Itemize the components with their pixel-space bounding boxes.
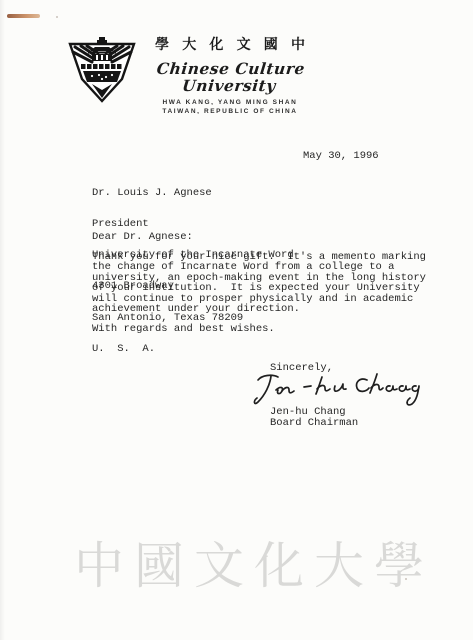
closing-line: With regards and best wishes. [92,324,275,334]
university-emblem-logo [66,37,138,107]
signer-title: Board Chairman [270,418,358,428]
letterhead-address-line2: TAIWAN, REPUBLIC OF CHINA [140,107,320,116]
letterhead-address-line1: HWA KANG, YANG MING SHAN [140,98,320,107]
letter-body: Thank you for your nice gift. It's a mem… [92,252,426,314]
university-name-chinese: 學大化文國中 [155,38,305,53]
scanned-letter-page: 學大化文國中 Chinese Culture University HWA KA… [0,0,473,640]
recipient-name: Dr. Louis J. Agnese [92,188,294,198]
recipient-title: President [92,219,294,229]
letter-date: May 30, 1996 [303,151,379,161]
signer-name: Jen-hu Chang [270,407,346,417]
scan-speck [405,578,407,580]
salutation: Dear Dr. Agnese: [92,232,193,242]
university-name-english: Chinese Culture University [138,60,322,94]
recipient-country: U. S. A. [92,344,294,354]
letterhead: 學大化文國中 Chinese Culture University HWA KA… [140,38,320,116]
pen-scratch-mark [7,14,40,18]
university-watermark: 中國文化大學 [74,538,454,594]
scan-speck [56,16,58,18]
